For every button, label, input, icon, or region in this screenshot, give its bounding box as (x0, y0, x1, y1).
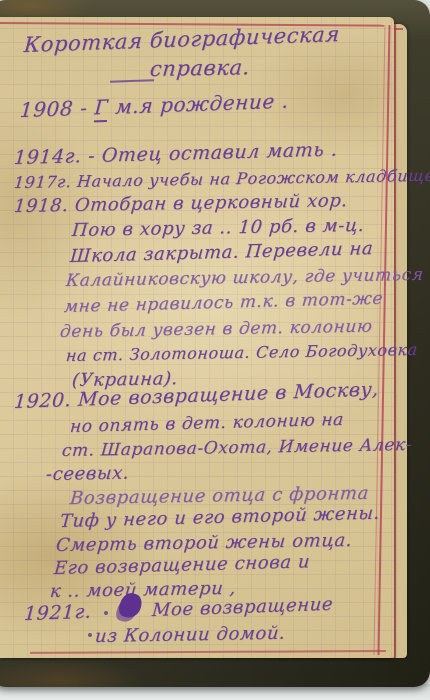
scanned-notebook-photo: Короткая биографическая справка. 1908 - … (0, 0, 430, 700)
handwritten-line: -сеевых. (45, 463, 130, 485)
page-title-line: справка. (149, 55, 251, 81)
ink-spot (88, 633, 92, 637)
bottom-margin-rule (30, 650, 386, 654)
ink-spot (104, 611, 108, 615)
handwritten-line: из Колонии домой. (94, 623, 286, 647)
year-1908-prefix: 1908 - (19, 95, 95, 122)
handwritten-line: 1921г. (23, 601, 92, 625)
